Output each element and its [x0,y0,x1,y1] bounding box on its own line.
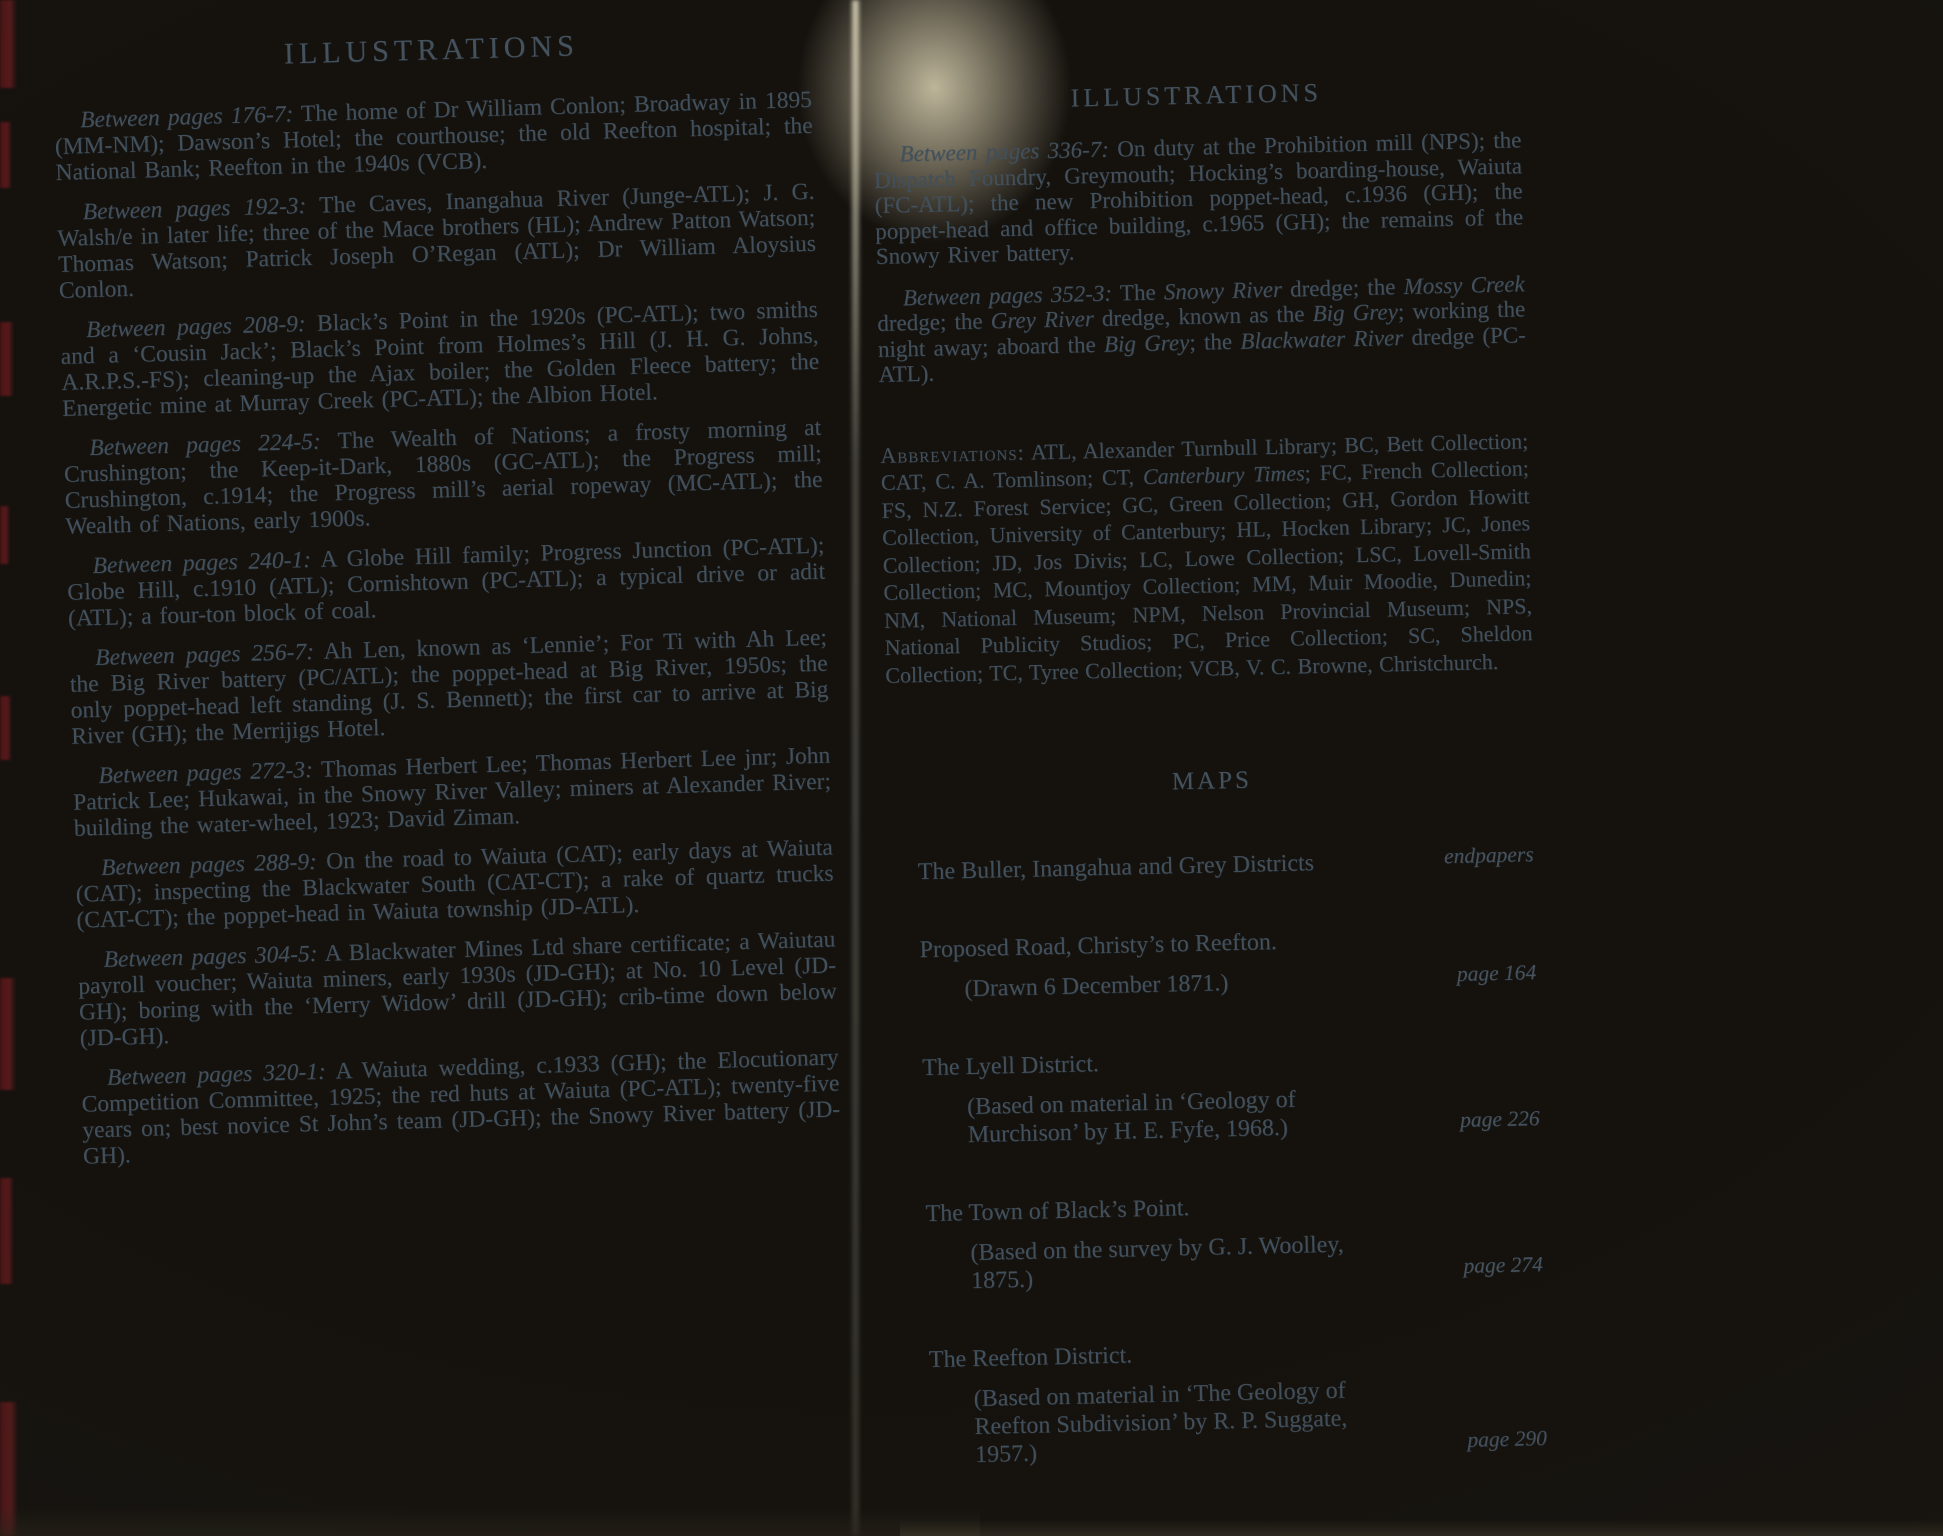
map-page-ref: endpapers [1444,840,1538,874]
illustration-entry: Between pages 320-1: A Waiuta wedding, c… [81,1044,842,1169]
abbreviations-paragraph: Abbreviations: ATL, Alexander Turnbull L… [880,427,1533,689]
map-main: Proposed Road, Christy’s to Reefton. (Dr… [919,925,1390,1004]
map-title: The Town of Black’s Point. [925,1189,1396,1228]
illustration-entry: Between pages 336-7: On duty at the Proh… [873,127,1524,269]
left-page: ILLUSTRATIONS Between pages 176-7: The h… [52,23,842,1184]
map-page-ref: page 274 [1463,1250,1547,1284]
map-title: The Reefton District. [929,1335,1400,1374]
map-title: The Lyell District. [922,1043,1393,1082]
book-cover-edge [0,978,16,1090]
map-main: The Town of Black’s Point. (Based on the… [925,1189,1397,1296]
left-illustration-list: Between pages 176-7: The home of Dr Will… [54,87,841,1170]
book-cover-edge [0,506,10,564]
illustration-entry: Between pages 176-7: The home of Dr Will… [54,87,814,186]
map-title: The Buller, Inangahua and Grey Districts [917,848,1388,887]
map-note: (Based on the survey by G. J. Woolley, 1… [926,1229,1397,1296]
right-page-title: ILLUSTRATIONS [872,73,1521,118]
open-book-photo: ILLUSTRATIONS Between pages 176-7: The h… [0,0,1943,1536]
entry-text: A Globe Hill family; Progress Junction (… [67,533,825,632]
map-item: The Buller, Inangahua and Grey Districts… [917,840,1538,886]
illustration-entry: Between pages 256-7: Ah Len, known as ‘L… [69,625,830,750]
maps-title: MAPS [888,760,1536,803]
maps-list: The Buller, Inangahua and Grey Districts… [889,840,1551,1471]
map-title: Proposed Road, Christy’s to Reefton. [919,925,1390,964]
map-page-ref: page 226 [1460,1104,1544,1138]
book-cover-edge [0,1402,18,1536]
left-page-title: ILLUSTRATIONS [52,23,811,78]
book-gutter-shadow [852,0,859,1536]
illustration-entry: Between pages 240-1: A Globe Hill family… [66,533,826,632]
book-cover-edge [0,322,14,396]
map-main: The Lyell District. (Based on material i… [922,1043,1394,1150]
entry-text: The home of Dr William Conlon; Broadway … [55,87,813,186]
map-note: (Drawn 6 December 1871.) [920,965,1391,1004]
map-page-ref: page 290 [1467,1424,1551,1458]
book-cover-edge [0,1178,14,1284]
map-item: The Town of Black’s Point. (Based on the… [925,1186,1547,1296]
map-note: (Based on material in ‘Geology of Murchi… [923,1083,1394,1150]
entry-text: Thomas Herbert Lee; Thomas Herbert Lee j… [73,743,831,842]
illustration-entry: Between pages 352-3: The Snowy River dre… [876,271,1526,388]
map-main: The Reefton District. (Based on material… [929,1335,1402,1470]
right-illustration-list: Between pages 336-7: On duty at the Proh… [873,127,1526,387]
book-cover-edge [0,122,12,188]
photo-bottom-shadow [900,1520,1943,1536]
right-page: ILLUSTRATIONS Between pages 336-7: On du… [872,73,1552,1520]
map-item: The Reefton District. (Based on material… [929,1332,1552,1470]
abbreviations-text: ATL, Alexander Turnbull Library; BC, Bet… [881,428,1533,688]
map-note: (Based on material in ‘The Geology of Re… [929,1375,1401,1470]
illustration-entry: Between pages 304-5: A Blackwater Mines … [77,926,838,1051]
illustration-entry: Between pages 224-5: The Wealth of Natio… [63,415,824,540]
illustration-entry: Between pages 192-3: The Caves, Inangahu… [56,179,817,304]
entry-text: On the road to Waiuta (CAT); early days … [75,835,833,934]
book-cover-edge [0,0,17,88]
map-page-ref: page 164 [1457,958,1541,992]
book-cover-edge [0,696,12,760]
abbreviations-label: Abbreviations: [880,439,1025,467]
illustration-entry: Between pages 288-9: On the road to Waiu… [75,835,835,934]
illustration-entry: Between pages 208-9: Black’s Point in th… [60,297,821,422]
illustration-entry: Between pages 272-3: Thomas Herbert Lee;… [72,743,832,842]
map-main: The Buller, Inangahua and Grey Districts [917,848,1388,887]
map-item: The Lyell District. (Based on material i… [922,1040,1544,1150]
map-item: Proposed Road, Christy’s to Reefton. (Dr… [919,922,1540,1004]
photo-bottom-shadow [0,1508,980,1536]
